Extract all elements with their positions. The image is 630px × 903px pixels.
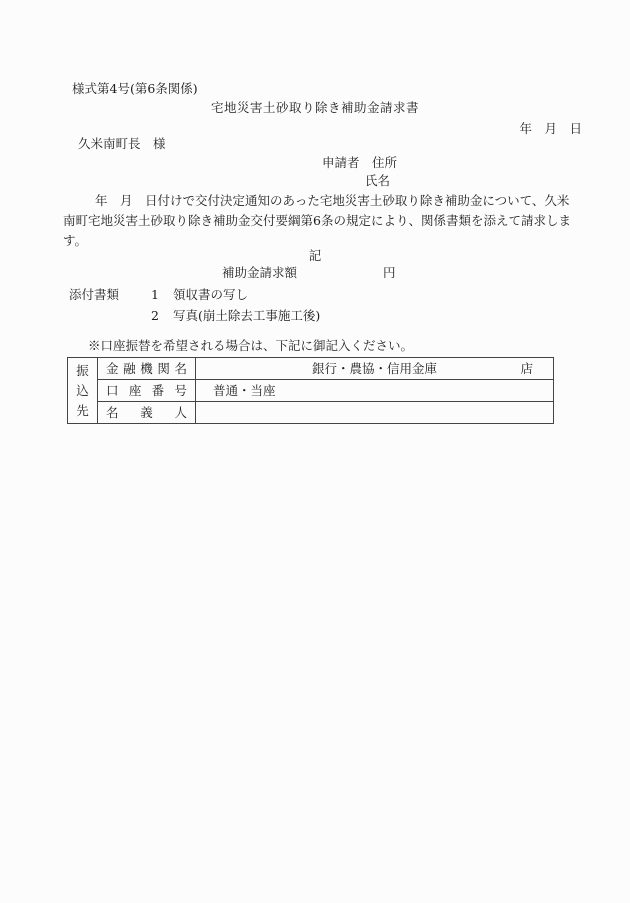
table-cell-account-holder (196, 402, 553, 423)
attachment-item-number: 2 (151, 307, 159, 324)
table-label-financial-institution: 金融機関名 (98, 358, 196, 380)
table-label-account-number: 口座番号 (98, 380, 196, 402)
form-number: 様式第4号(第6条関係) (72, 80, 198, 97)
applicant-name-label: 氏名 (365, 172, 390, 189)
table-cell-account-number: 普通・当座 (196, 380, 553, 402)
bank-type-options: 銀行・農協・信用金庫 (196, 360, 553, 377)
row-header-char: 振 (76, 362, 89, 379)
addressee-line: 久米南町長 様 (78, 135, 166, 152)
table-label-account-holder: 名義人 (98, 402, 196, 423)
row-header-char: 込 (76, 382, 89, 399)
bank-transfer-note: ※口座振替を希望される場合は、下記に御記入ください。 (88, 337, 413, 354)
applicant-address-label: 申請者 住所 (322, 154, 397, 171)
page-title: 宅地災害土砂取り除き補助金請求書 (0, 99, 630, 116)
document-page: 様式第4号(第6条関係) 宅地災害土砂取り除き補助金請求書 年 月 日 久米南町… (0, 0, 630, 903)
attachment-item-text: 領収書の写し (173, 286, 248, 303)
claim-amount-label: 補助金請求額 (222, 264, 297, 281)
record-heading: 記 (0, 247, 630, 264)
bank-transfer-table: 振 込 先 金融機関名 銀行・農協・信用金庫 店 口座番号 普通・当座 名義人 (67, 357, 554, 424)
table-cell-financial-institution: 銀行・農協・信用金庫 店 (196, 358, 553, 380)
claim-amount-unit: 円 (383, 264, 396, 281)
table-row-header-transfer-destination: 振 込 先 (68, 358, 98, 423)
branch-suffix: 店 (520, 358, 533, 379)
body-paragraph-line-1: 年 月 日付けで交付決定通知のあった宅地災害土砂取り除き補助金について、久米 (95, 192, 569, 209)
row-header-char: 先 (76, 402, 89, 419)
attachments-label: 添付書類 (69, 286, 119, 303)
date-line: 年 月 日 (519, 120, 582, 137)
attachment-item-text: 写真(崩土除去工事施工後) (173, 307, 320, 324)
body-paragraph-line-2: 南町宅地災害土砂取り除き補助金交付要綱第6条の規定により、関係書類を添えて請求し… (63, 212, 571, 229)
attachment-item-number: 1 (151, 286, 159, 303)
account-type-options: 普通・当座 (196, 382, 276, 399)
